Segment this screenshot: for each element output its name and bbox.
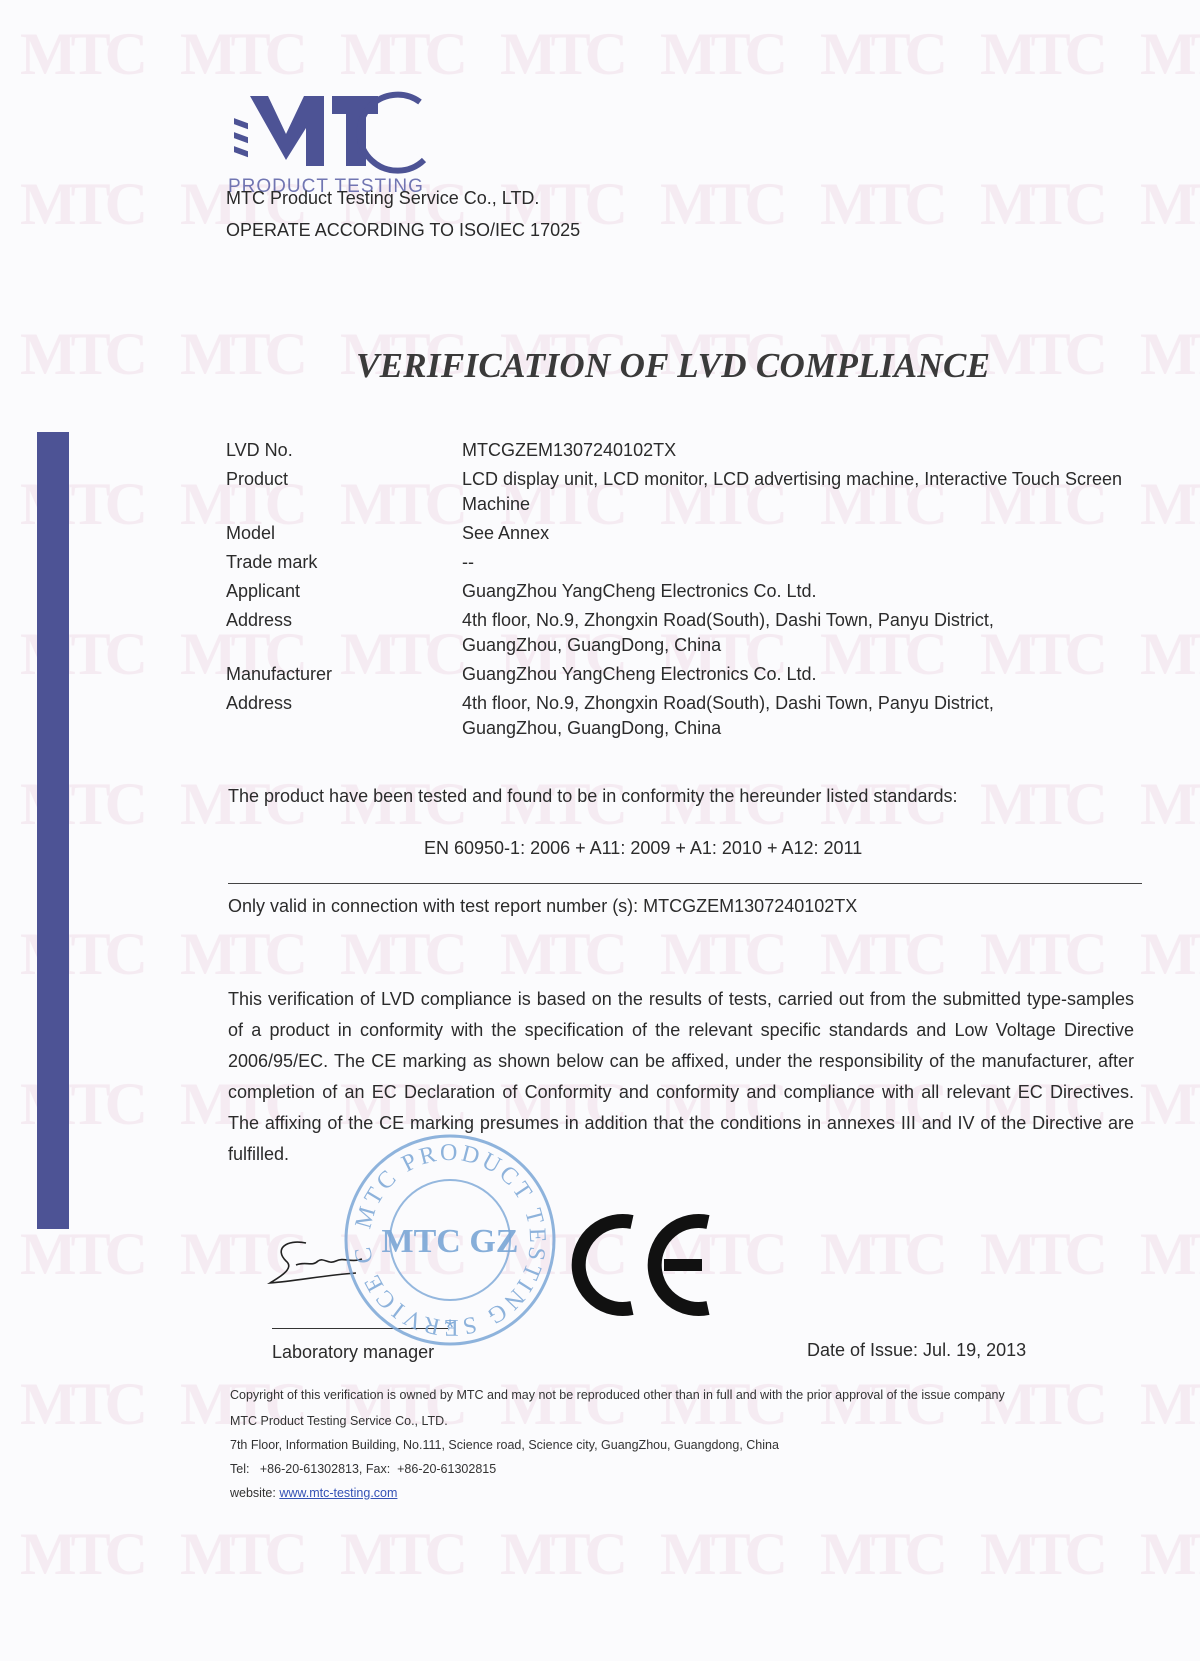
watermark-logo: MTC — [980, 920, 1102, 989]
watermark-logo: MTC — [180, 20, 302, 89]
watermark-logo: MTC — [1140, 1370, 1200, 1439]
signatory-role: Laboratory manager — [272, 1342, 434, 1363]
watermark-logo: MTC — [20, 20, 142, 89]
footer-address: 7th Floor, Information Building, No.111,… — [230, 1438, 779, 1452]
field-value: MTCGZEM1307240102TX — [462, 438, 1146, 463]
watermark-logo: MTC — [1140, 470, 1200, 539]
watermark-logo: MTC — [1140, 1520, 1200, 1589]
field-row: Trade mark-- — [226, 550, 1146, 575]
accreditation-text: OPERATE ACCORDING TO ISO/IEC 17025 — [226, 220, 580, 241]
watermark-logo: MTC — [180, 1520, 302, 1589]
watermark-logo: MTC — [1140, 920, 1200, 989]
watermark-logo: MTC — [660, 1370, 782, 1439]
watermark-logo: MTC — [500, 1370, 622, 1439]
watermark-logo: MTC — [820, 20, 942, 89]
website-label: website: — [230, 1486, 279, 1500]
watermark-logo: MTC — [660, 20, 782, 89]
field-label: Manufacturer — [226, 662, 462, 687]
watermark-logo: MTC — [340, 20, 462, 89]
watermark-logo: MTC — [340, 1370, 462, 1439]
field-value: GuangZhou YangCheng Electronics Co. Ltd. — [462, 579, 1146, 604]
watermark-logo: MTC — [980, 1520, 1102, 1589]
watermark-logo: MTC — [500, 920, 622, 989]
field-label: LVD No. — [226, 438, 462, 463]
field-row: Address4th floor, No.9, Zhongxin Road(So… — [226, 608, 1046, 658]
watermark-logo: MTC — [820, 1520, 942, 1589]
watermark-logo: MTC — [20, 1520, 142, 1589]
field-label: Product — [226, 467, 462, 517]
field-label: Model — [226, 521, 462, 546]
watermark-logo: MTC — [820, 1370, 942, 1439]
field-row: ProductLCD display unit, LCD monitor, LC… — [226, 467, 1146, 517]
watermark-logo: MTC — [980, 20, 1102, 89]
mtc-logo — [228, 88, 438, 188]
side-accent-bar — [37, 432, 69, 1229]
watermark-logo: MTC — [180, 920, 302, 989]
company-name: MTC Product Testing Service Co., LTD. — [226, 188, 539, 209]
applied-standard: EN 60950-1: 2006 + A11: 2009 + A1: 2010 … — [424, 838, 862, 859]
watermark-logo: MTC — [20, 1370, 142, 1439]
svg-text:MTC GZ: MTC GZ — [382, 1223, 519, 1260]
field-row: ApplicantGuangZhou YangCheng Electronics… — [226, 579, 1146, 604]
watermark-logo: MTC — [980, 320, 1102, 389]
watermark-logo: MTC — [1140, 620, 1200, 689]
watermark-logo: MTC — [660, 170, 782, 239]
footer-contact: Tel: +86-20-61302813, Fax: +86-20-613028… — [230, 1462, 496, 1476]
footer-copyright: Copyright of this verification is owned … — [230, 1388, 1005, 1402]
footer-website: website: www.mtc-testing.com — [230, 1486, 397, 1500]
watermark-logo: MTC — [20, 1220, 142, 1289]
watermark-logo: MTC — [660, 1520, 782, 1589]
watermark-logo: MTC — [1140, 1220, 1200, 1289]
certificate-fields: LVD No.MTCGZEM1307240102TX ProductLCD di… — [226, 438, 1146, 745]
divider — [228, 883, 1142, 884]
field-value: 4th floor, No.9, Zhongxin Road(South), D… — [462, 691, 1046, 741]
watermark-logo: MTC — [180, 1370, 302, 1439]
document-title: VERIFICATION OF LVD COMPLIANCE — [356, 346, 990, 386]
validity-note: Only valid in connection with test repor… — [228, 896, 857, 917]
company-stamp: MTC PRODUCT TESTING SERVICE CO., LTD. MT… — [340, 1130, 560, 1350]
field-value: -- — [462, 550, 1146, 575]
watermark-logo: MTC — [980, 1370, 1102, 1439]
watermark-logo: MTC — [20, 320, 142, 389]
watermark-logo: MTC — [1140, 770, 1200, 839]
field-label: Applicant — [226, 579, 462, 604]
watermark-logo: MTC — [1140, 320, 1200, 389]
field-value: LCD display unit, LCD monitor, LCD adver… — [462, 467, 1146, 517]
footer-company: MTC Product Testing Service Co., LTD. — [230, 1414, 448, 1428]
watermark-logo: MTC — [980, 1220, 1102, 1289]
svg-text:*: * — [446, 1315, 455, 1340]
watermark-logo: MTC — [820, 920, 942, 989]
conformity-statement: The product have been tested and found t… — [228, 786, 957, 807]
field-value: See Annex — [462, 521, 1146, 546]
date-of-issue: Date of Issue: Jul. 19, 2013 — [807, 1340, 1026, 1361]
watermark-logo: MTC — [20, 170, 142, 239]
field-label: Address — [226, 691, 462, 741]
field-row: ModelSee Annex — [226, 521, 1146, 546]
field-value: 4th floor, No.9, Zhongxin Road(South), D… — [462, 608, 1046, 658]
field-label: Trade mark — [226, 550, 462, 575]
field-label: Address — [226, 608, 462, 658]
field-row: Address4th floor, No.9, Zhongxin Road(So… — [226, 691, 1046, 741]
watermark-logo: MTC — [500, 1520, 622, 1589]
website-link[interactable]: www.mtc-testing.com — [279, 1486, 397, 1500]
field-row: LVD No.MTCGZEM1307240102TX — [226, 438, 1146, 463]
field-value: GuangZhou YangCheng Electronics Co. Ltd. — [462, 662, 1146, 687]
ce-mark-icon — [570, 1210, 720, 1320]
watermark-logo: MTC — [1140, 1070, 1200, 1139]
watermark-logo: MTC — [500, 20, 622, 89]
watermark-logo: MTC — [340, 1520, 462, 1589]
watermark-logo: MTC — [980, 770, 1102, 839]
watermark-logo: MTC — [820, 1220, 942, 1289]
field-row: ManufacturerGuangZhou YangCheng Electron… — [226, 662, 1146, 687]
watermark-logo: MTC — [1140, 20, 1200, 89]
watermark-logo: MTC — [660, 920, 782, 989]
watermark-logo: MTC — [980, 170, 1102, 239]
watermark-logo: MTC — [340, 920, 462, 989]
watermark-logo: MTC — [1140, 170, 1200, 239]
watermark-logo: MTC — [180, 320, 302, 389]
watermark-logo: MTC — [820, 170, 942, 239]
